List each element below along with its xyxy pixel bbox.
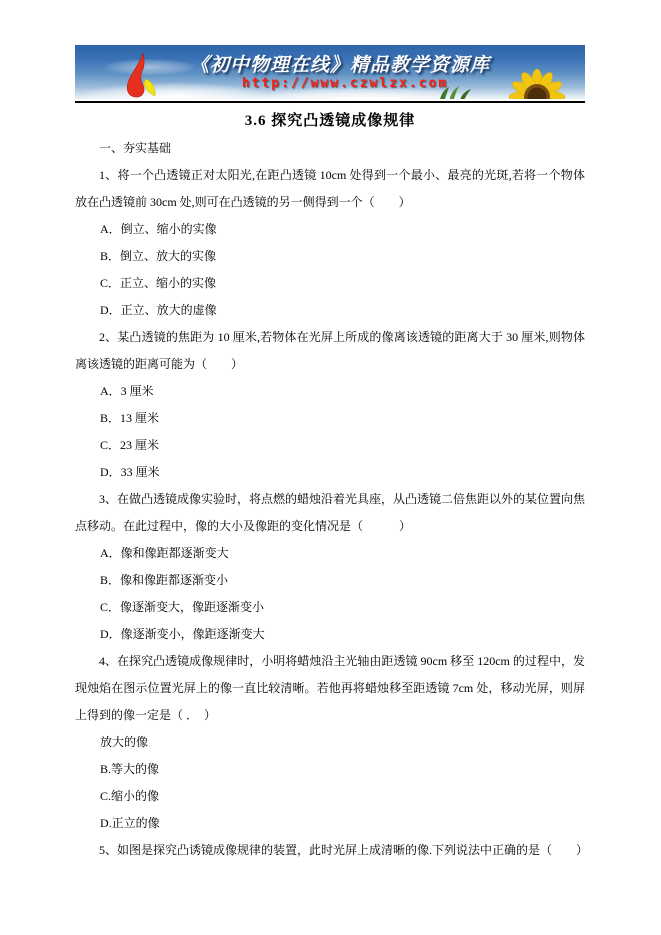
worksheet-body: 一、夯实基础 1、将一个凸透镜正对太阳光,在距凸透镜 10cm 处得到一个最小、… xyxy=(75,135,585,864)
question-3-option-a: A．像和像距都逐渐变大 xyxy=(75,540,585,567)
question-2-option-a: A．3 厘米 xyxy=(75,378,585,405)
question-3-option-b: B．像和像距都逐渐变小 xyxy=(75,567,585,594)
question-2: 2、某凸透镜的焦距为 10 厘米,若物体在光屏上所成的像离该透镜的距离大于 30… xyxy=(75,324,585,486)
document-content: 《初中物理在线》精品教学资源库 http://www.czwlzx.com xyxy=(75,45,585,864)
sunflower-icon xyxy=(503,67,569,99)
section-heading: 一、夯实基础 xyxy=(75,135,585,162)
site-banner: 《初中物理在线》精品教学资源库 http://www.czwlzx.com xyxy=(75,45,585,99)
question-1-option-b: B．倒立、放大的实像 xyxy=(75,243,585,270)
question-2-option-c: C．23 厘米 xyxy=(75,432,585,459)
question-4-stem: 4、在探究凸透镜成像规律时，小明将蜡烛沿主光轴由距透镜 90cm 移至 120c… xyxy=(75,648,585,729)
question-1-option-a: A．倒立、缩小的实像 xyxy=(75,216,585,243)
question-4-option-b: B.等大的像 xyxy=(75,756,585,783)
question-4-option-d: D.正立的像 xyxy=(75,810,585,837)
page-title: 3.6 探究凸透镜成像规律 xyxy=(75,110,585,132)
question-1: 1、将一个凸透镜正对太阳光,在距凸透镜 10cm 处得到一个最小、最亮的光斑,若… xyxy=(75,162,585,324)
worksheet-page: { "banner": { "site_title": "《初中物理在线》精品教… xyxy=(0,0,661,935)
question-1-option-c: C．正立、缩小的实像 xyxy=(75,270,585,297)
grass-leaves-icon xyxy=(435,81,477,99)
question-2-option-d: D．33 厘米 xyxy=(75,459,585,486)
question-3-option-c: C．像逐渐变大，像距逐渐变小 xyxy=(75,594,585,621)
question-1-stem: 1、将一个凸透镜正对太阳光,在距凸透镜 10cm 处得到一个最小、最亮的光斑,若… xyxy=(75,162,585,216)
question-2-stem: 2、某凸透镜的焦距为 10 厘米,若物体在光屏上所成的像离该透镜的距离大于 30… xyxy=(75,324,585,378)
question-5-stem: 5、如图是探究凸诱镜成像规律的装置，此时光屏上成清晰的像.下列说法中正确的是（ … xyxy=(75,837,585,864)
question-3-stem: 3、在做凸透镜成像实验时，将点燃的蜡烛沿着光具座，从凸透镜二倍焦距以外的某位置向… xyxy=(75,486,585,540)
question-4-option-c: C.缩小的像 xyxy=(75,783,585,810)
question-4: 4、在探究凸透镜成像规律时，小明将蜡烛沿主光轴由距透镜 90cm 移至 120c… xyxy=(75,648,585,837)
question-2-option-b: B．13 厘米 xyxy=(75,405,585,432)
banner-divider-rule xyxy=(75,101,585,103)
question-5: 5、如图是探究凸诱镜成像规律的装置，此时光屏上成清晰的像.下列说法中正确的是（ … xyxy=(75,837,585,864)
site-title: 《初中物理在线》精品教学资源库 xyxy=(145,50,535,77)
question-4-option-a: 放大的像 xyxy=(75,729,585,756)
question-3-option-d: D．像逐渐变小，像距逐渐变大 xyxy=(75,621,585,648)
question-1-option-d: D．正立、放大的虚像 xyxy=(75,297,585,324)
question-3: 3、在做凸透镜成像实验时，将点燃的蜡烛沿着光具座，从凸透镜二倍焦距以外的某位置向… xyxy=(75,486,585,648)
